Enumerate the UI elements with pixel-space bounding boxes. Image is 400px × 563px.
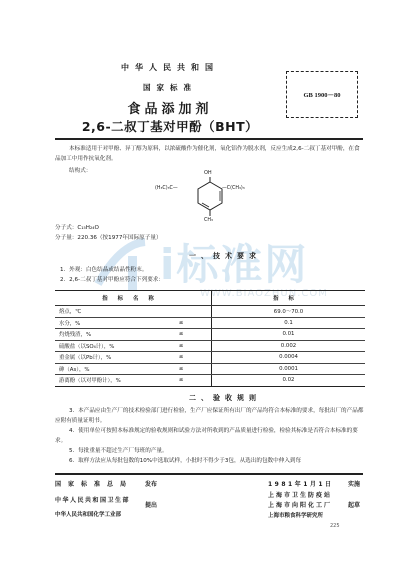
molecular-weight-line: 分子量：220.36（按1977年国际原子量） <box>55 233 365 243</box>
issuer: 国家标准总局 <box>55 479 133 488</box>
mw-label: 分子量： <box>55 235 77 241</box>
section-1-item-1: 1．外观：白色结晶或结晶性粉末。 <box>60 265 370 275</box>
issued-label: 发布 <box>145 479 157 488</box>
proposed-label: 提出 <box>145 500 157 509</box>
table-row: 灼烧残渣，% ≤ 0.01 <box>55 329 365 341</box>
row-op: ≤ <box>151 375 212 387</box>
section-2-item-6: 6．取样方法应从每批包数的10%中选取试样，小批时不得少于3包，从选出的包数中伸… <box>55 456 365 466</box>
effective-label: 实施 <box>348 479 360 488</box>
page-number: 225 <box>330 523 340 529</box>
row-value: 69.0～70.0 <box>212 306 366 318</box>
drafter-3: 上海市粮食科学研究所 <box>268 511 323 519</box>
standard-number-box: GB 1900－80 <box>286 71 358 118</box>
watermark-logo-icon <box>90 234 150 294</box>
hydroxyl-group: OH <box>204 170 212 176</box>
formula-label: 分子式： <box>55 225 77 231</box>
row-value: 0.0004 <box>212 352 366 364</box>
row-op: ≤ <box>151 340 212 352</box>
row-name: 熔点，℃ <box>55 306 151 318</box>
row-name: 硫酸盐（以SO₄计），% <box>55 340 151 352</box>
proposer-1: 中华人民共和国卫生部 <box>55 495 130 504</box>
table-row: 硫酸盐（以SO₄计），% ≤ 0.002 <box>55 340 365 352</box>
table-row: 熔点，℃ 69.0～70.0 <box>55 306 365 318</box>
section-2-item-5: 5．每批重量不超过生产厂每班的产量。 <box>55 446 365 456</box>
row-op: ≤ <box>151 317 212 329</box>
country-heading: 中华人民共和国 <box>90 62 250 73</box>
header-indicator-name: 指标名称 <box>55 291 212 306</box>
drafted-label: 起草 <box>348 500 360 509</box>
table-row: 游离酚（以对甲酚计），% ≤ 0.02 <box>55 375 365 387</box>
molecular-formula-line: 分子式：C₁₅H₂₄O <box>55 223 365 233</box>
formula-value: C₁₅H₂₄O <box>77 225 99 231</box>
row-name: 重金属（以Pb计），% <box>55 352 151 364</box>
row-name: 砷（As），% <box>55 363 151 375</box>
row-value: 0.1 <box>212 317 366 329</box>
row-name: 水分，% <box>55 317 151 329</box>
intro-paragraph: 本标准适用于对甲酚、异丁醇为原料，以浓硫酸作为催化剂，氧化铝作为脱水剂，反应生成… <box>55 144 365 164</box>
table-row: 砷（As），% ≤ 0.0001 <box>55 363 365 375</box>
row-op <box>151 306 212 318</box>
left-tert-butyl: (H₃C)₃C— <box>155 186 178 191</box>
row-value: 0.02 <box>212 375 366 387</box>
footer-divider <box>55 473 363 475</box>
section-2-item-3: 3．本产品应由生产厂的技术检验部门进行检验，生产厂应保证所有出厂的产品均符合本标… <box>55 406 365 426</box>
standard-type: 国家标准 <box>90 82 250 93</box>
document-subtitle: 2,6-二叔丁基对甲酚（BHT） <box>80 117 260 135</box>
row-op: ≤ <box>151 329 212 341</box>
row-value: 0.01 <box>212 329 366 341</box>
table-row: 重金属（以Pb计），% ≤ 0.0004 <box>55 352 365 364</box>
section-2-item-4: 4．使用单位可按照本标准规定的验收规则和试验方法对所收到的产品质量进行检验，检验… <box>55 426 365 446</box>
table-header-row: 指标名称 指标 <box>55 291 365 306</box>
document-title: 食品添加剂 <box>80 98 260 117</box>
section-1-title: 一、技术要求 <box>100 251 350 261</box>
section-2-title: 二、验收规则 <box>100 393 350 403</box>
section-1-item-2: 2．2,6-二叔丁基对甲酚应符合下列要求： <box>60 275 370 285</box>
row-name: 游离酚（以对甲酚计），% <box>55 375 151 387</box>
table-row: 水分，% ≤ 0.1 <box>55 317 365 329</box>
right-tert-butyl: —C(CH₃)₃ <box>222 186 245 191</box>
row-op: ≤ <box>151 352 212 364</box>
row-value: 0.002 <box>212 340 366 352</box>
standard-number: GB 1900－80 <box>303 90 340 99</box>
drafter-1: 上海市卫生防疫站 <box>268 490 332 499</box>
spec-table: 指标名称 指标 熔点，℃ 69.0～70.0 水分，% ≤ 0.1 灼烧残渣，%… <box>55 290 365 387</box>
mw-value: 220.36（按1977年国际原子量） <box>77 235 161 241</box>
proposer-2: 中华人民共和国化学工业部 <box>55 510 121 518</box>
row-value: 0.0001 <box>212 363 366 375</box>
effective-date: 1981年1月1日 <box>268 479 334 488</box>
row-op: ≤ <box>151 363 212 375</box>
header-divider <box>55 138 363 140</box>
header-indicator-value: 指标 <box>212 291 366 306</box>
drafter-2: 上海市向阳化工厂 <box>268 500 332 509</box>
row-name: 灼烧残渣，% <box>55 329 151 341</box>
